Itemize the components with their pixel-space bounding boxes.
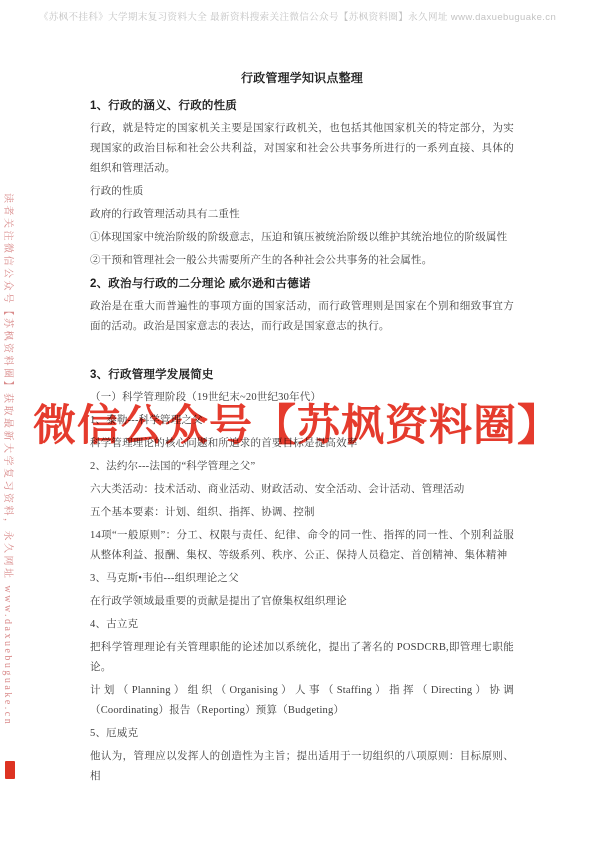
body-paragraph: 六大类活动：技术活动、商业活动、财政活动、安全活动、会计活动、管理活动 xyxy=(90,480,514,500)
section-heading: 2、政治与行政的二分理论 威尔逊和古德诺 xyxy=(90,274,514,294)
body-paragraph: 行政，就是特定的国家机关主要是国家行政机关，也包括其他国家机关的特定部分，为实现… xyxy=(90,119,514,179)
body-paragraph: 5、厄威克 xyxy=(90,724,514,744)
page-title: 行政管理学知识点整理 xyxy=(90,70,514,86)
body-paragraph: 政府的行政管理活动具有二重性 xyxy=(90,205,514,225)
body-paragraph: 14项“一般原则”：分工、权限与责任、纪律、命令的同一性、指挥的同一性、个别利益… xyxy=(90,526,514,566)
section-heading: 3、行政管理学发展简史 xyxy=(90,365,514,385)
body-paragraph: ②干预和管理社会一般公共需要所产生的各种社会公共事务的社会属性。 xyxy=(90,251,514,271)
side-watermark: 读者关注微信公众号【苏枫资料圈】获取最新大学复习资料，永久网址 www.daxu… xyxy=(2,193,17,726)
red-seal-mark xyxy=(5,761,15,779)
body-paragraph: 行政的性质 xyxy=(90,182,514,202)
body-paragraph: 计划（Planning）组织（Organising）人事（Staffing）指挥… xyxy=(90,681,514,721)
body-paragraph: 在行政学领域最重要的贡献是提出了官僚集权组织理论 xyxy=(90,592,514,612)
body-paragraph: 2、法约尔---法国的“科学管理之父” xyxy=(90,457,514,477)
body-paragraph: ①体现国家中统治阶级的阶级意志，压迫和镇压被统治阶级以维护其统治地位的阶级属性 xyxy=(90,228,514,248)
body-paragraph: 他认为，管理应以发挥人的创造性为主旨；提出适用于一切组织的八项原则：目标原则、相 xyxy=(90,747,514,787)
header-watermark: 《苏枫不挂科》大学期末复习资料大全 最新资料搜索关注微信公众号【苏枫资料圈】永久… xyxy=(0,9,595,23)
body-paragraph: 五个基本要素：计划、组织、指挥、协调、控制 xyxy=(90,503,514,523)
center-watermark: 微信公众号【苏枫资料圈】 xyxy=(33,392,561,453)
document-page: 《苏枫不挂科》大学期末复习资料大全 最新资料搜索关注微信公众号【苏枫资料圈】永久… xyxy=(0,0,595,842)
body-paragraph: 政治是在重大而普遍性的事项方面的国家活动，而行政管理则是国家在个别和细致事宜方面… xyxy=(90,297,514,337)
section-heading: 1、行政的涵义、行政的性质 xyxy=(90,96,514,116)
body-paragraph: 4、古立克 xyxy=(90,615,514,635)
body-paragraph: 把科学管理理论有关管理职能的论述加以系统化，提出了著名的 POSDCRB,即管理… xyxy=(90,638,514,678)
body-paragraph: 3、马克斯•韦伯---组织理论之父 xyxy=(90,569,514,589)
